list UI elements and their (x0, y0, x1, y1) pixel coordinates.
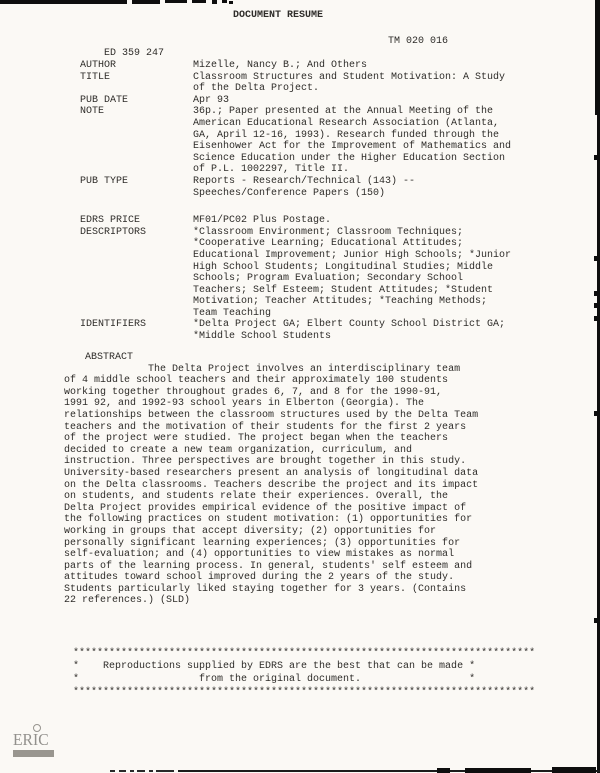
field-label: TITLE (80, 72, 193, 95)
page-title: DOCUMENT RESUME (0, 10, 556, 22)
field-label: NOTE (80, 106, 193, 176)
field-label: AUTHOR (80, 60, 193, 72)
field-row-pub-date: PUB DATEApr 93 (80, 95, 550, 107)
abstract-line: Delta Project provides empirical evidenc… (64, 503, 564, 515)
notice-asterisk-row: ****************************************… (73, 647, 535, 660)
field-value-line: American Educational Research Associatio… (193, 118, 550, 130)
scan-artifact-bottom (178, 770, 600, 772)
abstract-line: of 4 middle school teachers and their ap… (64, 375, 564, 387)
field-value-line: Reports - Research/Technical (143) -- (193, 176, 550, 188)
abstract-line: University-based researchers present an … (64, 468, 564, 480)
abstract-heading: ABSTRACT (85, 352, 564, 364)
scanned-document-page: DOCUMENT RESUME ED 359 247 TM 020 016 AU… (0, 0, 600, 773)
scan-artifact-top (0, 0, 127, 4)
abstract-line: parts of the learning process. In genera… (64, 561, 564, 573)
scan-artifact-bottom (149, 770, 153, 772)
tm-number: TM 020 016 (388, 36, 448, 48)
field-label: PUB DATE (80, 95, 193, 107)
field-value-line: GA, April 12-16, 1993). Research funded … (193, 130, 550, 142)
abstract-line: instruction. Three perspectives are brou… (64, 456, 564, 468)
metadata-fields: AUTHORMizelle, Nancy B.; And OthersTITLE… (80, 60, 550, 343)
abstract-line: of the project were studied. The project… (64, 433, 564, 445)
field-value-line: Apr 93 (193, 95, 550, 107)
scan-artifact (594, 155, 597, 160)
abstract-line: working in groups that accept diversity;… (64, 526, 564, 538)
field-value-line: Science Education under the Higher Educa… (193, 153, 550, 165)
scan-artifact-top (212, 0, 217, 4)
scan-artifact-bottom (110, 770, 115, 772)
field-row-pub-type: PUB TYPEReports - Research/Technical (14… (80, 176, 550, 199)
field-value: Mizelle, Nancy B.; And Others (193, 60, 550, 72)
field-row-note: NOTE36p.; Paper presented at the Annual … (80, 106, 550, 176)
scan-artifact (594, 303, 597, 308)
scan-artifact-bottom (552, 767, 596, 773)
scan-artifact-top (165, 0, 187, 3)
notice-line: * from the original document. * (73, 673, 535, 686)
notice-line: * Reproductions supplied by EDRS are the… (73, 660, 535, 673)
abstract-line: Students particularly liked staying toge… (64, 584, 564, 596)
field-label: EDRS PRICE (80, 215, 193, 227)
field-value: 36p.; Paper presented at the Annual Meet… (193, 106, 550, 176)
abstract-line: teachers and the motivation of their stu… (64, 422, 564, 434)
field-value-line: Teachers; Self Esteem; Student Attitudes… (193, 285, 550, 297)
field-value: Classroom Structures and Student Motivat… (193, 72, 550, 95)
field-value-line: Speeches/Conference Papers (150) (193, 188, 550, 200)
field-value-line: Team Teaching (193, 308, 550, 320)
abstract-line: the following practices on student motiv… (64, 514, 564, 526)
field-value-line: MF01/PC02 Plus Postage. (193, 215, 550, 227)
field-value-line: 36p.; Paper presented at the Annual Meet… (193, 106, 550, 118)
field-value: Reports - Research/Technical (143) --Spe… (193, 176, 550, 199)
field-label: DESCRIPTORS (80, 227, 193, 320)
scan-artifact-bottom (137, 770, 145, 772)
scan-artifact-top (132, 0, 160, 4)
eric-logo-banner (13, 750, 54, 757)
abstract-line: decided to create a new team organizatio… (64, 445, 564, 457)
scan-artifact-bottom (130, 770, 134, 772)
scan-artifact-bottom (119, 770, 126, 772)
field-value-line: Mizelle, Nancy B.; And Others (193, 60, 550, 72)
scan-artifact-right-edge (595, 0, 600, 115)
field-label: IDENTIFIERS (80, 319, 193, 342)
field-value: Apr 93 (193, 95, 550, 107)
field-row-title: TITLEClassroom Structures and Student Mo… (80, 72, 550, 95)
scan-artifact-bottom (465, 768, 531, 773)
abstract-line: 1991 92, and 1992-93 school years in Elb… (64, 398, 564, 410)
field-value-line: High School Students; Longitudinal Studi… (193, 262, 550, 274)
field-row-author: AUTHORMizelle, Nancy B.; And Others (80, 60, 550, 72)
abstract-line: on students, and students relate their e… (64, 491, 564, 503)
field-row-identifiers: IDENTIFIERS*Delta Project GA; Elbert Cou… (80, 319, 550, 342)
eric-logo: ERIC (13, 724, 55, 762)
abstract-line: working together throughout grades 6, 7,… (64, 387, 564, 399)
field-row-edrs-price: EDRS PRICEMF01/PC02 Plus Postage. (80, 215, 550, 227)
field-row-descriptors: DESCRIPTORS*Classroom Environment; Class… (80, 227, 550, 320)
field-value: MF01/PC02 Plus Postage. (193, 215, 550, 227)
abstract-line: personally significant learning experien… (64, 538, 564, 550)
eric-logo-text: ERIC (13, 731, 49, 748)
scan-artifact (594, 316, 597, 321)
field-value-line: *Classroom Environment; Classroom Techni… (193, 227, 550, 239)
abstract-line: relationships between the classroom stru… (64, 410, 564, 422)
field-value-line: Motivation; Teacher Attitudes; *Teaching… (193, 296, 550, 308)
abstract-line: on the Delta classrooms. Teachers descri… (64, 480, 564, 492)
field-value-line: *Middle School Students (193, 331, 550, 343)
abstract-line: attitudes toward school improved during … (64, 572, 564, 584)
field-value-line: Educational Improvement; Junior High Sch… (193, 250, 550, 262)
scan-artifact (594, 618, 597, 623)
field-value: *Classroom Environment; Classroom Techni… (193, 227, 550, 320)
field-value: *Delta Project GA; Elbert County School … (193, 319, 550, 342)
field-value-line: *Cooperative Learning; Educational Attit… (193, 238, 550, 250)
abstract-section: ABSTRACT The Delta Project involves an i… (64, 352, 564, 607)
abstract-line: The Delta Project involves an interdisci… (64, 364, 564, 376)
reproduction-notice: ****************************************… (73, 647, 535, 699)
field-value-line: Classroom Structures and Student Motivat… (193, 72, 550, 84)
field-value-line: *Delta Project GA; Elbert County School … (193, 319, 550, 331)
scan-artifact-top (222, 0, 227, 3)
field-label: PUB TYPE (80, 176, 193, 199)
scan-artifact-top (192, 0, 206, 3)
scan-artifact-bottom (156, 770, 174, 772)
ed-number: ED 359 247 (104, 48, 164, 59)
abstract-line: self-evaluation; and (4) opportunities t… (64, 549, 564, 561)
scan-artifact (594, 411, 597, 416)
field-value-line: Eisenhower Act for the Improvement of Ma… (193, 141, 550, 153)
scan-artifact (594, 256, 597, 261)
scan-artifact (594, 291, 597, 296)
abstract-body: The Delta Project involves an interdisci… (64, 364, 564, 607)
notice-asterisk-row: ****************************************… (73, 686, 535, 699)
field-value-line: of P.L. 1002297, Title II. (193, 164, 550, 176)
field-value-line: of the Delta Project. (193, 83, 550, 95)
abstract-line: 22 references.) (SLD) (64, 595, 564, 607)
scan-artifact-bottom (437, 768, 450, 773)
scan-artifact-top (229, 1, 233, 4)
field-value-line: Schools; Program Evaluation; Secondary S… (193, 273, 550, 285)
